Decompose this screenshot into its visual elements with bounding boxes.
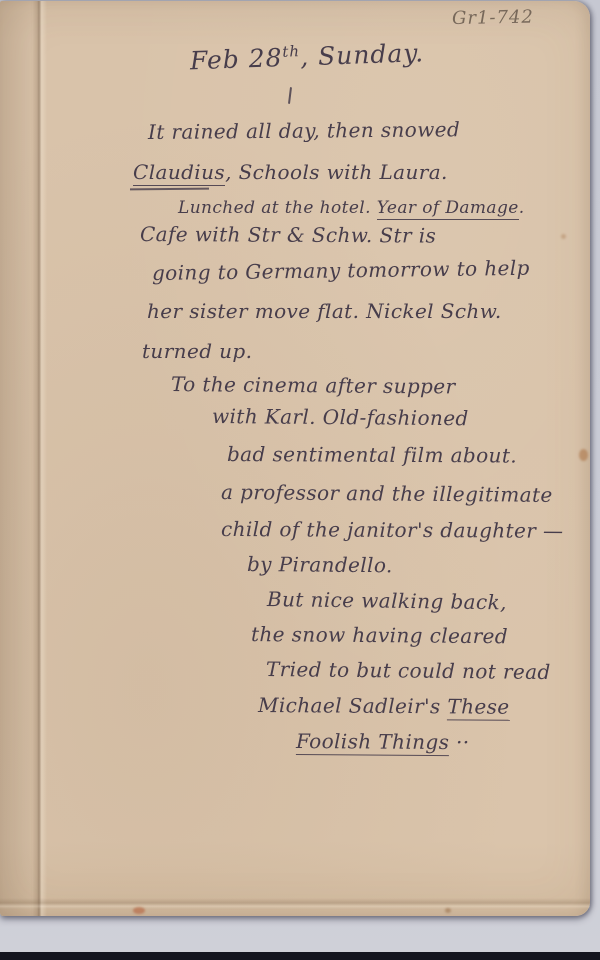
diary-line: child of the janitor's daughter —	[221, 518, 564, 542]
diary-line: Foolish Things ··	[296, 730, 470, 753]
foxing-stain	[561, 234, 566, 239]
title-text: Feb 28	[189, 43, 283, 75]
line-text: Tried to but could not read	[266, 657, 551, 684]
diary-line: going to Germany tomorrow to help	[152, 257, 530, 284]
diary-line: by Pirandello.	[247, 553, 393, 576]
line-text: Cafe with Str & Schw. Str is	[140, 222, 436, 248]
line-text: child of the janitor's daughter —	[221, 517, 564, 543]
foxing-stain	[445, 908, 451, 913]
line-text: But nice walking back,	[267, 587, 507, 614]
binding-gutter-shade	[0, 1, 32, 916]
archive-number: Gr1-742	[452, 8, 534, 29]
fold-crease-horizontal	[0, 898, 590, 909]
underlined-text: Year of Damage	[377, 198, 519, 220]
diary-line: bad sentimental film about.	[227, 443, 517, 467]
line-text: the snow having cleared	[251, 622, 508, 648]
line-text: going to Germany tomorrow to help	[152, 256, 530, 285]
line-text: her sister move flat. Nickel Schw.	[147, 299, 502, 323]
diary-paper-sheet: Gr1-742 Feb 28th, Sunday. It rained all …	[0, 1, 590, 916]
scanned-page: Gr1-742 Feb 28th, Sunday. It rained all …	[0, 0, 600, 960]
fold-crease-vertical	[31, 1, 47, 916]
foxing-stain	[579, 449, 588, 461]
line-text: bad sentimental film about.	[227, 442, 517, 468]
line-text: with Karl. Old-fashioned	[212, 404, 469, 430]
diary-line: turned up.	[142, 340, 252, 362]
line-text: To the cinema after supper	[171, 372, 456, 398]
diary-line: Claudius, Schools with Laura.	[133, 161, 448, 183]
underlined-text: Claudius	[133, 160, 225, 186]
line-text: .	[519, 198, 525, 218]
line-text: Michael Sadleir's	[258, 693, 448, 718]
underlined-text: Foolish Things	[296, 729, 450, 756]
line-text: by Pirandello.	[247, 552, 393, 577]
line-text: , Schools with Laura.	[225, 160, 448, 184]
diary-line: It rained all day, then snowed	[148, 118, 460, 143]
scanner-bed-edge	[0, 952, 600, 960]
line-text: It rained all day, then snowed	[148, 117, 460, 144]
diary-line: To the cinema after supper	[171, 373, 456, 397]
foxing-stain	[133, 907, 145, 914]
underlined-text: These	[447, 694, 509, 720]
diary-line: her sister move flat. Nickel Schw.	[147, 300, 502, 322]
diary-line: Michael Sadleir's These	[258, 694, 510, 718]
diary-line: Cafe with Str & Schw. Str is	[140, 223, 436, 247]
line-text: turned up.	[142, 339, 252, 363]
ordinal-suffix: th	[282, 42, 300, 61]
line-text: Lunched at the hotel.	[178, 198, 377, 218]
diary-line: Lunched at the hotel. Year of Damage.	[178, 199, 525, 218]
line-text: a professor and the illegitimate	[221, 480, 553, 507]
diary-line: a professor and the illegitimate	[221, 481, 553, 506]
diary-line: the snow having cleared	[251, 623, 508, 647]
title-text: , Sunday.	[300, 38, 425, 71]
line-text: ··	[449, 730, 469, 754]
diary-line: with Karl. Old-fashioned	[212, 405, 469, 429]
diary-line: But nice walking back,	[267, 588, 507, 613]
pen-stroke	[288, 87, 292, 104]
entry-date-title: Feb 28th, Sunday.	[190, 39, 425, 75]
diary-line: Tried to but could not read	[266, 658, 551, 683]
